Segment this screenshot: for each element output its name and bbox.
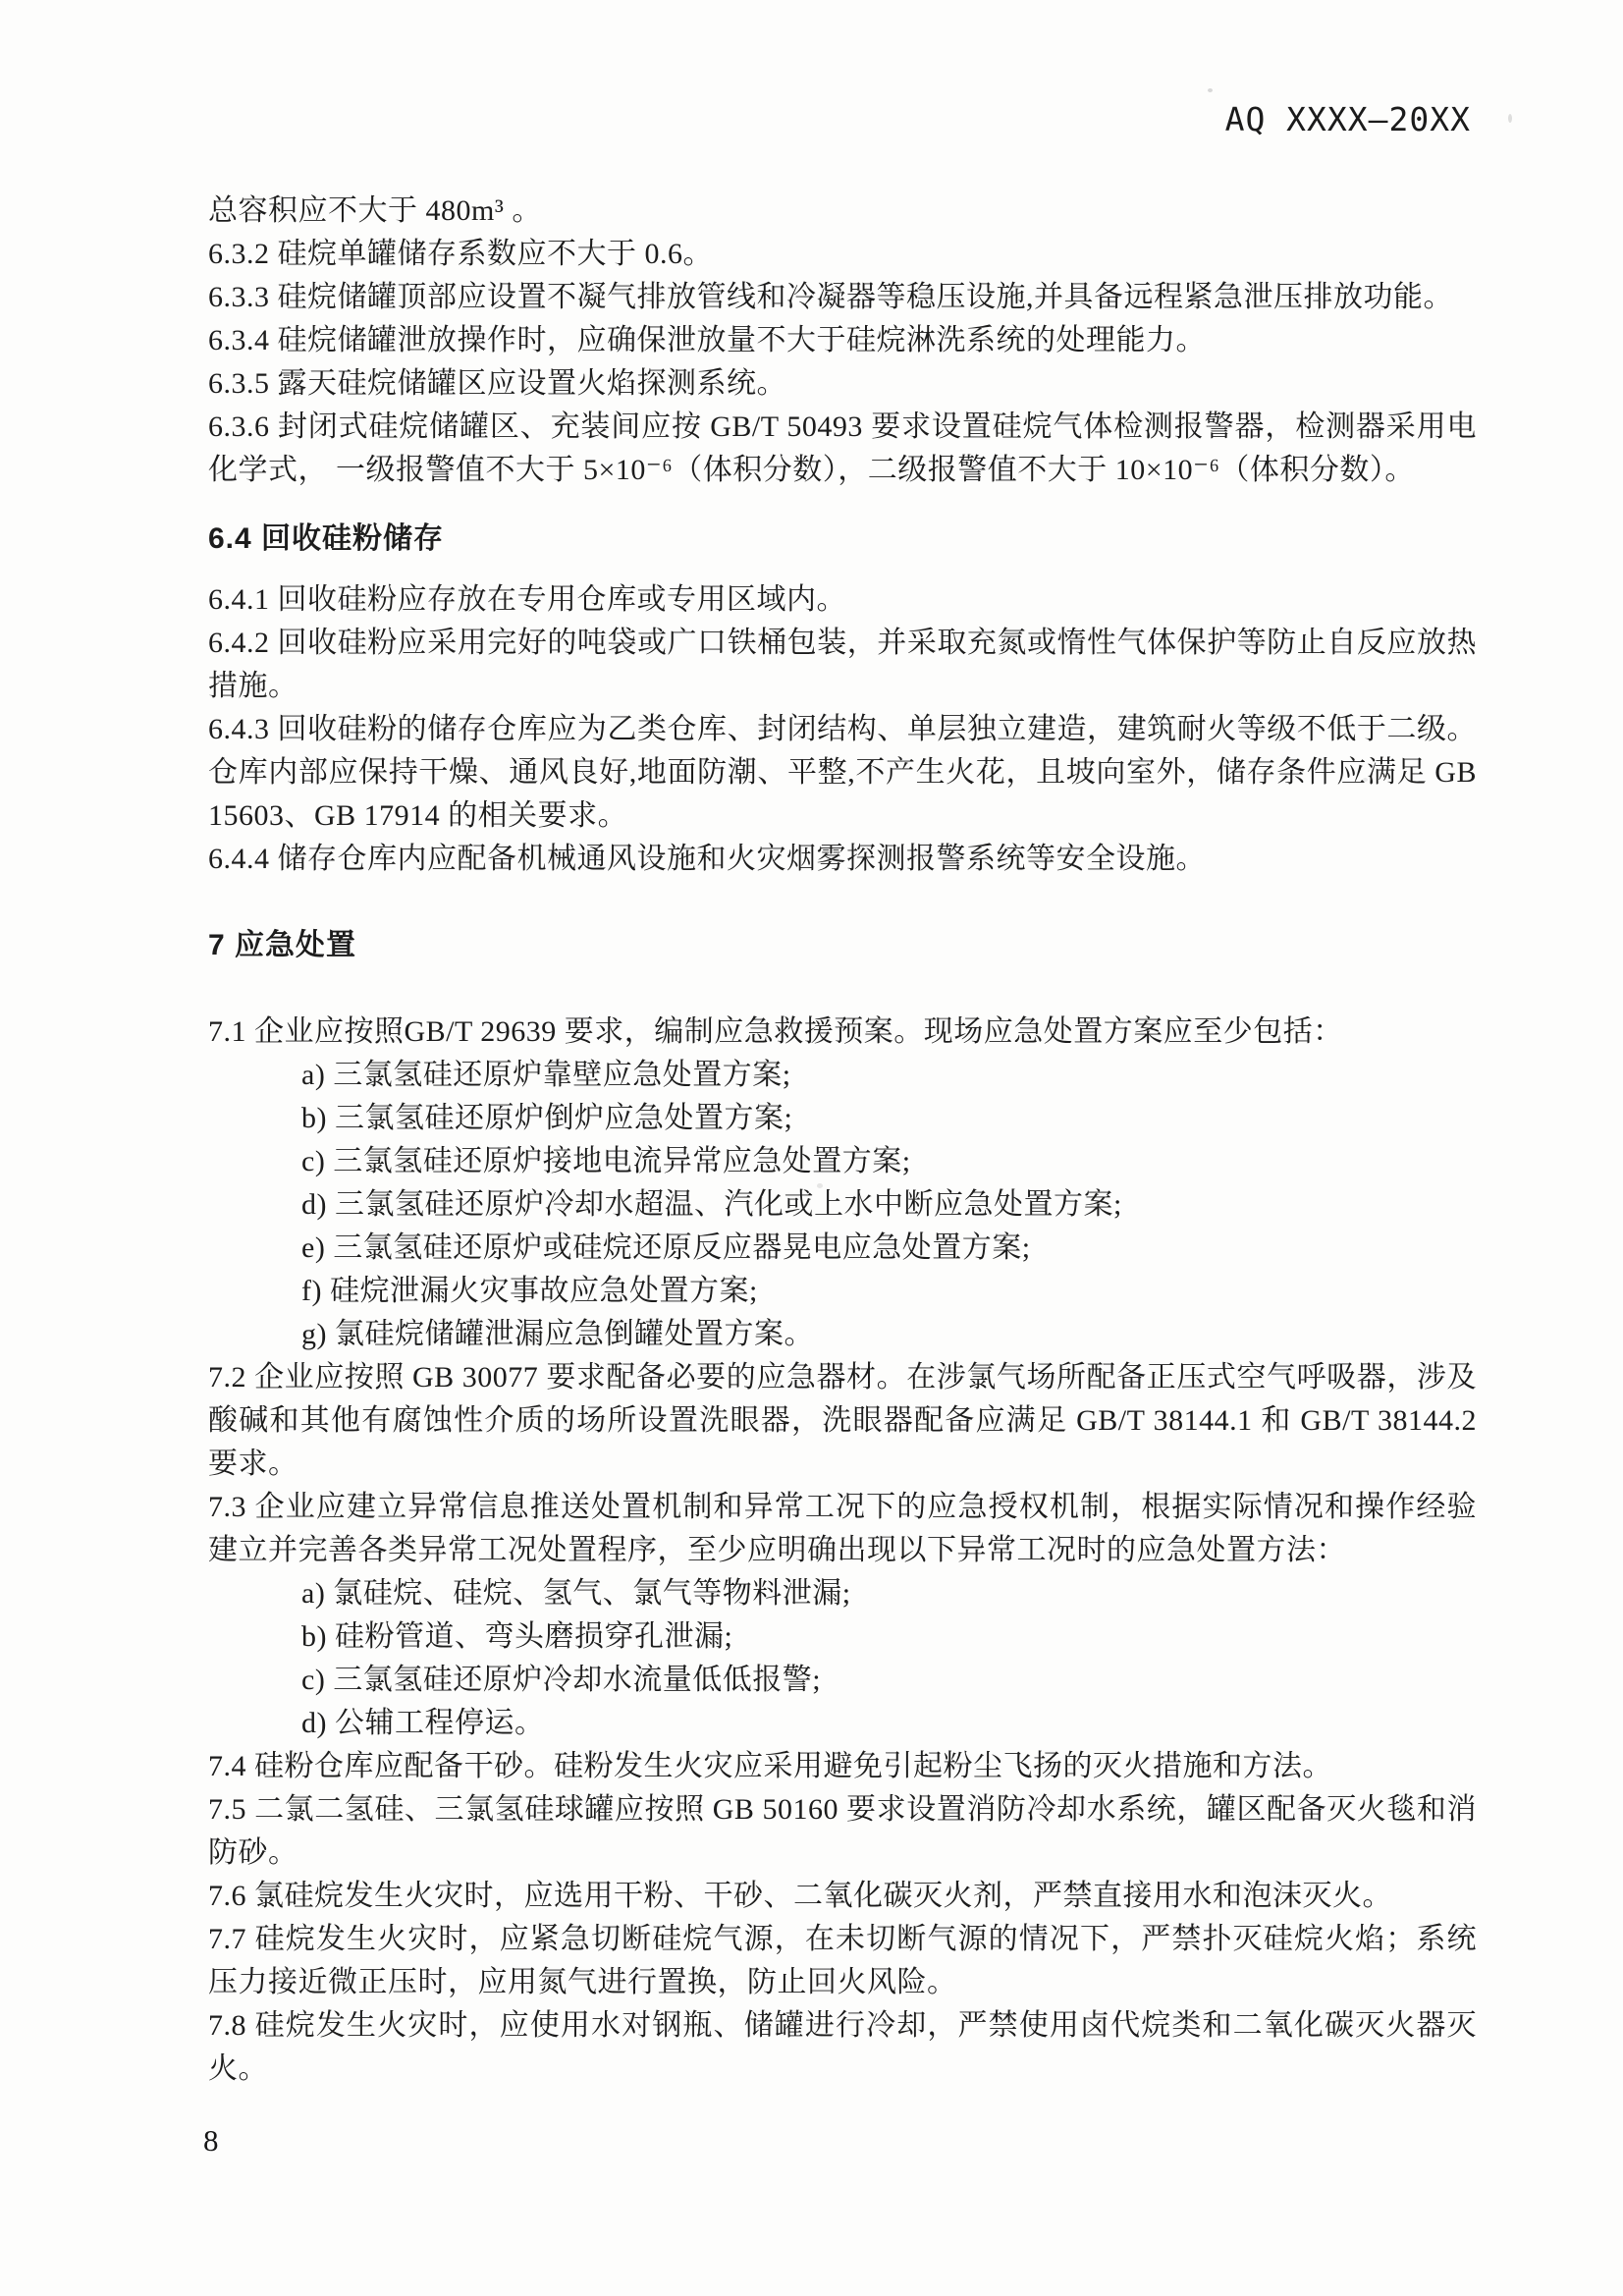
list-item-7-3-a: a) 氯硅烷、硅烷、氢气、氯气等物料泄漏; — [208, 1572, 1477, 1615]
list-item-7-1-c: c) 三氯氢硅还原炉接地电流异常应急处置方案; — [208, 1140, 1477, 1183]
list-item-7-1-a: a) 三氯氢硅还原炉靠壁应急处置方案; — [208, 1054, 1477, 1097]
paragraph-7-5: 7.5 二氯二氢硅、三氯氢硅球罐应按照 GB 50160 要求设置消防冷却水系统… — [208, 1788, 1477, 1875]
paragraph-6-3-5: 6.3.5 露天硅烷储罐区应设置火焰探测系统。 — [208, 362, 1477, 406]
paragraph-7-2: 7.2 企业应按照 GB 30077 要求配备必要的应急器材。在涉氯气场所配备正… — [208, 1356, 1477, 1486]
paragraph-7-7: 7.7 硅烷发生火灾时，应紧急切断硅烷气源，在未切断气源的情况下，严禁扑灭硅烷火… — [208, 1918, 1477, 2004]
paragraph-7-4: 7.4 硅粉仓库应配备干砂。硅粉发生火灾应采用避免引起粉尘飞扬的灭火措施和方法。 — [208, 1745, 1477, 1788]
paragraph-7-1: 7.1 企业应按照GB/T 29639 要求，编制应急救援预案。现场应急处置方案… — [208, 1011, 1477, 1054]
list-item-7-1-g: g) 氯硅烷储罐泄漏应急倒罐处置方案。 — [208, 1313, 1477, 1356]
section-heading-6-4: 6.4 回收硅粉储存 — [208, 518, 1477, 561]
paragraph-6-3-4: 6.3.4 硅烷储罐泄放操作时，应确保泄放量不大于硅烷淋洗系统的处理能力。 — [208, 319, 1477, 362]
paragraph-7-6: 7.6 氯硅烷发生火灾时，应选用干粉、干砂、二氧化碳灭火剂，严禁直接用水和泡沫灭… — [208, 1875, 1477, 1918]
list-item-7-1-b: b) 三氯氢硅还原炉倒炉应急处置方案; — [208, 1097, 1477, 1140]
standard-code-header: AQ XXXX—20XX — [208, 100, 1471, 138]
paragraph-6-4-3: 6.4.3 回收硅粉的储存仓库应为乙类仓库、封闭结构、单层独立建造，建筑耐火等级… — [208, 708, 1477, 838]
paragraph-6-3-6: 6.3.6 封闭式硅烷储罐区、充装间应按 GB/T 50493 要求设置硅烷气体… — [208, 406, 1477, 492]
paragraph-6-4-2: 6.4.2 回收硅粉应采用完好的吨袋或广口铁桶包装，并采取充氮或惰性气体保护等防… — [208, 622, 1477, 708]
paragraph-6-3-3: 6.3.3 硅烷储罐顶部应设置不凝气排放管线和冷凝器等稳压设施,并具备远程紧急泄… — [208, 276, 1477, 319]
list-item-7-1-e: e) 三氯氢硅还原炉或硅烷还原反应器晃电应急处置方案; — [208, 1227, 1477, 1270]
paragraph-6-3-2: 6.3.2 硅烷单罐储存系数应不大于 0.6。 — [208, 233, 1477, 276]
scan-speck — [1208, 88, 1213, 92]
paragraph-7-8: 7.8 硅烷发生火灾时，应使用水对钢瓶、储罐进行冷却，严禁使用卤代烷类和二氧化碳… — [208, 2004, 1477, 2091]
list-item-7-3-c: c) 三氯氢硅还原炉冷却水流量低低报警; — [208, 1659, 1477, 1702]
scan-speck — [1508, 114, 1512, 123]
list-item-7-1-d: d) 三氯氢硅还原炉冷却水超温、汽化或上水中断应急处置方案; — [208, 1183, 1477, 1227]
scan-speck — [817, 1183, 823, 1188]
list-item-7-3-b: b) 硅粉管道、弯头磨损穿孔泄漏; — [208, 1615, 1477, 1659]
scan-speck — [1363, 778, 1368, 782]
paragraph-continuation-6-3-1: 总容积应不大于 480m³ 。 — [208, 190, 1477, 233]
paragraph-7-3: 7.3 企业应建立异常信息推送处置机制和异常工况下的应急授权机制，根据实际情况和… — [208, 1486, 1477, 1572]
list-item-7-1-f: f) 硅烷泄漏火灾事故应急处置方案; — [208, 1270, 1477, 1313]
paragraph-6-4-4: 6.4.4 储存仓库内应配备机械通风设施和火灾烟雾探测报警系统等安全设施。 — [208, 838, 1477, 881]
document-body: 总容积应不大于 480m³ 。 6.3.2 硅烷单罐储存系数应不大于 0.6。 … — [208, 190, 1477, 2091]
document-page: AQ XXXX—20XX 总容积应不大于 480m³ 。 6.3.2 硅烷单罐储… — [0, 0, 1623, 2296]
section-heading-7: 7 应急处置 — [208, 924, 1477, 967]
list-item-7-3-d: d) 公辅工程停运。 — [208, 1702, 1477, 1745]
paragraph-6-4-1: 6.4.1 回收硅粉应存放在专用仓库或专用区域内。 — [208, 578, 1477, 622]
page-number: 8 — [203, 2123, 219, 2159]
